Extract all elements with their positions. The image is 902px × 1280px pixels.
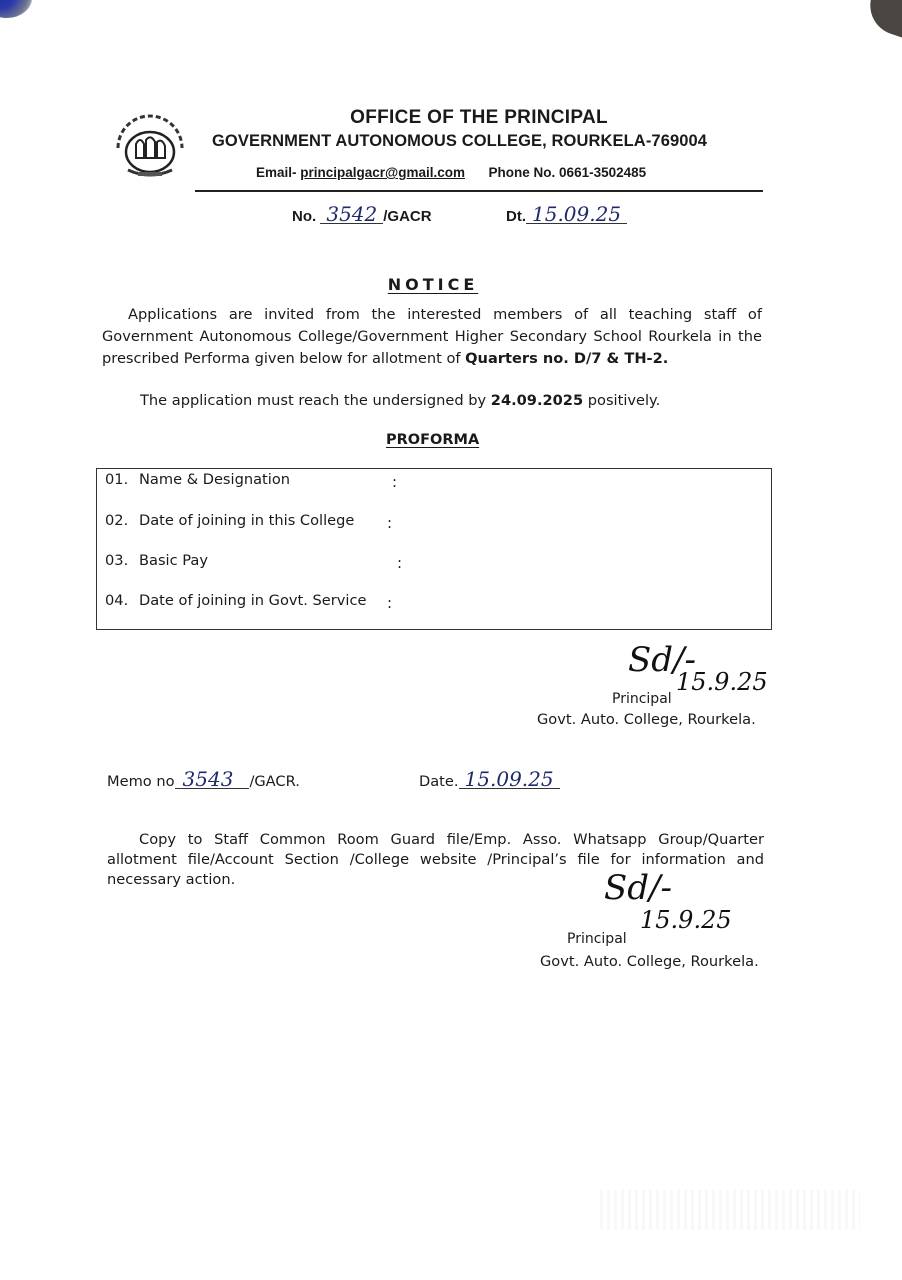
phone-number: 0661-3502485 <box>559 165 646 180</box>
proforma-colon: : <box>392 473 397 491</box>
proforma-field-label: Date of joining in Govt. Service <box>139 592 366 609</box>
signatory-office: Govt. Auto. College, Rourkela. <box>540 953 759 970</box>
proforma-heading: PROFORMA <box>386 432 479 448</box>
institution-name: GOVERNMENT AUTONOMOUS COLLEGE, ROURKELA-… <box>212 132 707 151</box>
scan-artifact-top-left <box>0 0 32 18</box>
signature-date: 15.9.25 <box>640 906 732 934</box>
signature-date: 15.9.25 <box>676 668 768 696</box>
proforma-row: 03.Basic Pay <box>105 552 208 569</box>
proforma-table: 01.Name & Designation : 02.Date of joini… <box>96 468 772 630</box>
deadline-date: 24.09.2025 <box>491 392 583 409</box>
signatory-title: Principal <box>612 691 672 707</box>
memo-date: Date.15.09.25 <box>419 770 560 790</box>
reference-no-handwritten: 3542 <box>320 205 383 224</box>
email-label: Email- <box>256 165 297 180</box>
proforma-field-label: Name & Designation <box>139 471 290 488</box>
scan-noise <box>600 1190 860 1230</box>
signatory-title: Principal <box>567 931 627 947</box>
notice-heading: NOTICE <box>0 275 866 294</box>
deadline-line: The application must reach the undersign… <box>140 392 660 409</box>
phone-label: Phone No. <box>489 165 556 180</box>
proforma-colon: : <box>397 554 402 572</box>
email-link[interactable]: principalgacr@gmail.com <box>300 165 465 180</box>
contact-line: Email- principalgacr@gmail.com Phone No.… <box>256 165 646 180</box>
proforma-field-label: Date of joining in this College <box>139 512 354 529</box>
reference-no-suffix: /GACR <box>383 208 431 225</box>
memo-number: Memo no3543/GACR. <box>107 770 300 790</box>
signature-initials: Sd/- <box>604 868 672 908</box>
proforma-row: 01.Name & Designation <box>105 471 290 488</box>
proforma-row: 02.Date of joining in this College <box>105 512 354 529</box>
reference-number: No. 3542/GACR <box>292 205 432 225</box>
memo-date-handwritten: 15.09.25 <box>459 770 560 789</box>
reference-no-label: No. <box>292 208 316 225</box>
header-divider <box>195 190 763 192</box>
proforma-colon: : <box>387 594 392 612</box>
reference-date-handwritten: 15.09.25 <box>526 205 627 224</box>
proforma-colon: : <box>387 514 392 532</box>
proforma-field-label: Basic Pay <box>139 552 208 569</box>
notice-body: Applications are invited from the intere… <box>102 304 762 370</box>
office-title: OFFICE OF THE PRINCIPAL <box>0 107 902 129</box>
quarters-number: Quarters no. D/7 & TH-2. <box>465 350 668 367</box>
scan-artifact-top-right <box>863 0 902 43</box>
proforma-row: 04.Date of joining in Govt. Service <box>105 592 366 609</box>
reference-date-label: Dt. <box>506 208 526 225</box>
signatory-office: Govt. Auto. College, Rourkela. <box>537 711 756 728</box>
reference-date: Dt.15.09.25 <box>506 205 627 225</box>
memo-no-handwritten: 3543 <box>175 770 250 789</box>
